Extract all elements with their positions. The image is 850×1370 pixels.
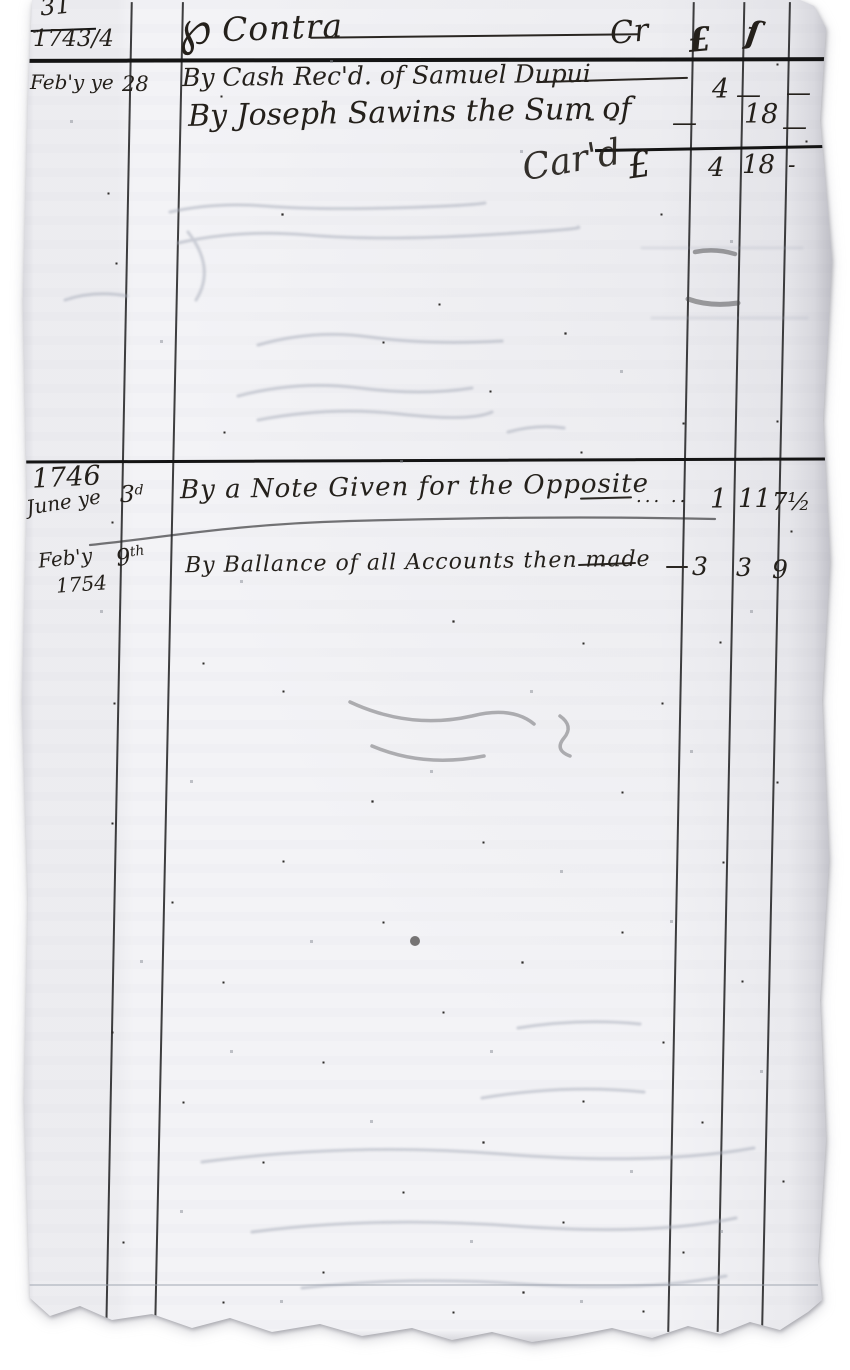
entry-date-year: 1754 — [55, 570, 107, 597]
amount-pounds: 1 — [710, 484, 727, 515]
ink-blot — [410, 936, 420, 946]
ledger-page: 31 1743/4 ℘ Contra Cr £ ſ Feb'y ye 28 By… — [20, 0, 836, 1352]
entry-day: 9th — [114, 542, 146, 572]
total-shillings: 18 — [742, 150, 775, 180]
amount-pence: 9 — [772, 555, 788, 584]
day-suffix: th — [129, 543, 146, 561]
credit-abbrev: Cr — [608, 12, 650, 52]
entry-leader: - - - — [565, 104, 620, 132]
contra-title: Contra — [221, 6, 343, 49]
entry-day: 3d — [120, 482, 143, 508]
page-number: 31 — [39, 0, 72, 22]
amount-pence: 7½ — [772, 488, 811, 516]
entry-day: 28 — [122, 72, 149, 96]
amount-pence: — — [786, 78, 811, 107]
year-heading: 1743/4 — [33, 26, 114, 52]
total-pence: - — [788, 153, 795, 178]
pencil-smudges — [20, 0, 832, 1346]
amount-shillings: 18 — [744, 99, 778, 130]
amount-shillings: 11 — [738, 484, 771, 514]
paper-specks-light — [20, 0, 21, 1]
entry-leader: ... .. — [636, 486, 688, 507]
amount-pence: — — [782, 112, 807, 141]
entry-description: By Cash Rec'd. of Samuel Dupui — [182, 59, 591, 92]
amount-shillings: 3 — [736, 553, 752, 582]
per-symbol: ℘ — [176, 0, 213, 57]
paper-specks-dark — [20, 0, 21, 1]
amount-pounds: 3 — [692, 552, 708, 581]
total-pounds: 4 — [708, 153, 725, 183]
amount-pounds: — — [672, 108, 697, 137]
pounds-column-header: £ — [686, 19, 712, 60]
paper-sheet: 31 1743/4 ℘ Contra Cr £ ſ Feb'y ye 28 By… — [20, 0, 836, 1352]
amount-pounds: 4 — [712, 74, 729, 105]
entry-date: Feb'y ye — [30, 70, 114, 94]
day-suffix: d — [135, 482, 144, 498]
